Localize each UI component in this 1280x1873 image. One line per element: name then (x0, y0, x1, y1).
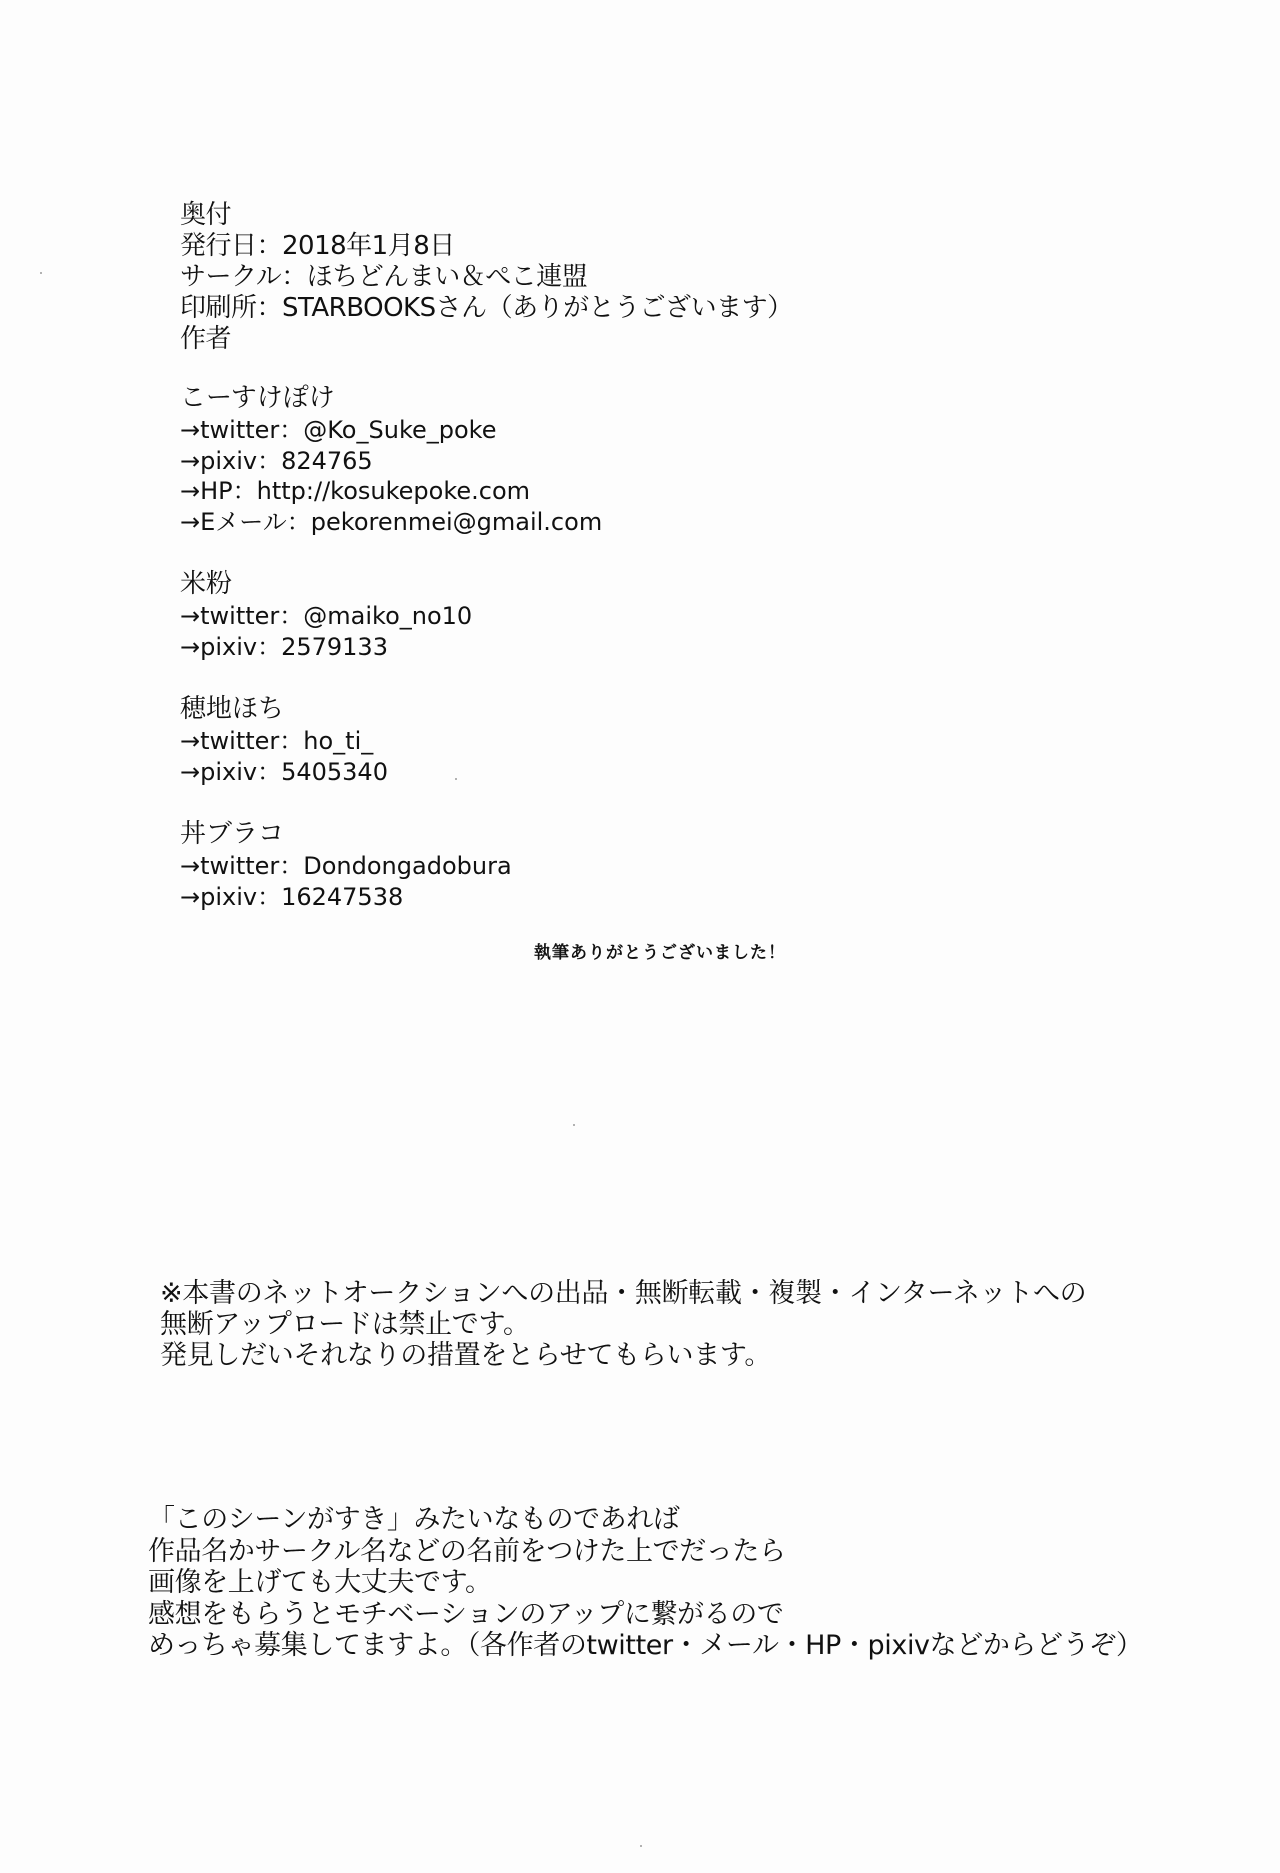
copyright-notice: ※本書のネットオークションへの出品・無断転載・複製・インターネットへの 無断アッ… (160, 1278, 1086, 1371)
colophon-block: 奥付 発行日：2018年1月8日 サークル：ほちどんまい＆ぺこ連盟 印刷所：ST… (180, 200, 793, 355)
scan-speck (40, 272, 42, 274)
author-twitter: →twitter：@Ko_Suke_poke (180, 415, 602, 446)
author-name: 丼ブラコ (180, 818, 602, 851)
fan-note-line: 感想をもらうとモチベーションのアップに繋がるので (148, 1599, 1142, 1631)
author-entry: 穂地ほち →twitter：ho_ti_ →pixiv：5405340 (180, 693, 602, 787)
thanks-message: 執筆ありがとうございました！ (0, 938, 1280, 963)
author-pixiv: →pixiv：16247538 (180, 882, 602, 913)
release-date: 発行日：2018年1月8日 (180, 231, 793, 262)
fan-note-line: 「このシーンがすき」みたいなものであれば (148, 1504, 1142, 1536)
colophon-page: 奥付 発行日：2018年1月8日 サークル：ほちどんまい＆ぺこ連盟 印刷所：ST… (0, 0, 1280, 1873)
notice-line: 無断アップロードは禁止です。 (160, 1309, 1086, 1340)
scan-speck (640, 1845, 642, 1847)
fan-note-line: 画像を上げても大丈夫です。 (148, 1567, 1142, 1599)
author-name: 穂地ほち (180, 693, 602, 726)
scan-speck (573, 1124, 575, 1126)
author-pixiv: →pixiv：5405340 (180, 757, 602, 788)
author-name: 米粉 (180, 568, 602, 601)
author-email: →Eメール：pekorenmei@gmail.com (180, 507, 602, 538)
author-entry: 米粉 →twitter：@maiko_no10 →pixiv：2579133 (180, 568, 602, 662)
notice-line: 発見しだいそれなりの措置をとらせてもらいます。 (160, 1340, 1086, 1371)
author-twitter: →twitter：ho_ti_ (180, 726, 602, 757)
notice-line: ※本書のネットオークションへの出品・無断転載・複製・インターネットへの (160, 1278, 1086, 1309)
fan-note-line: 作品名かサークル名などの名前をつけた上でだったら (148, 1536, 1142, 1568)
author-list: こーすけぽけ →twitter：@Ko_Suke_poke →pixiv：824… (180, 382, 602, 943)
colophon-heading: 奥付 (180, 200, 793, 231)
author-homepage: →HP：http://kosukepoke.com (180, 476, 602, 507)
author-name: こーすけぽけ (180, 382, 602, 415)
author-twitter: →twitter：@maiko_no10 (180, 601, 602, 632)
author-entry: 丼ブラコ →twitter：Dondongadobura →pixiv：1624… (180, 818, 602, 912)
author-pixiv: →pixiv：824765 (180, 446, 602, 477)
authors-heading: 作者 (180, 324, 793, 355)
scan-speck (455, 778, 457, 780)
author-pixiv: →pixiv：2579133 (180, 632, 602, 663)
circle-name: サークル：ほちどんまい＆ぺこ連盟 (180, 262, 793, 293)
printer: 印刷所：STARBOOKSさん（ありがとうございます） (180, 293, 793, 324)
author-entry: こーすけぽけ →twitter：@Ko_Suke_poke →pixiv：824… (180, 382, 602, 537)
author-twitter: →twitter：Dondongadobura (180, 851, 602, 882)
fan-note-line: めっちゃ募集してますよ。（各作者のtwitter・メール・HP・pixivなどか… (148, 1630, 1142, 1662)
fan-art-note: 「このシーンがすき」みたいなものであれば 作品名かサークル名などの名前をつけた上… (148, 1504, 1142, 1662)
